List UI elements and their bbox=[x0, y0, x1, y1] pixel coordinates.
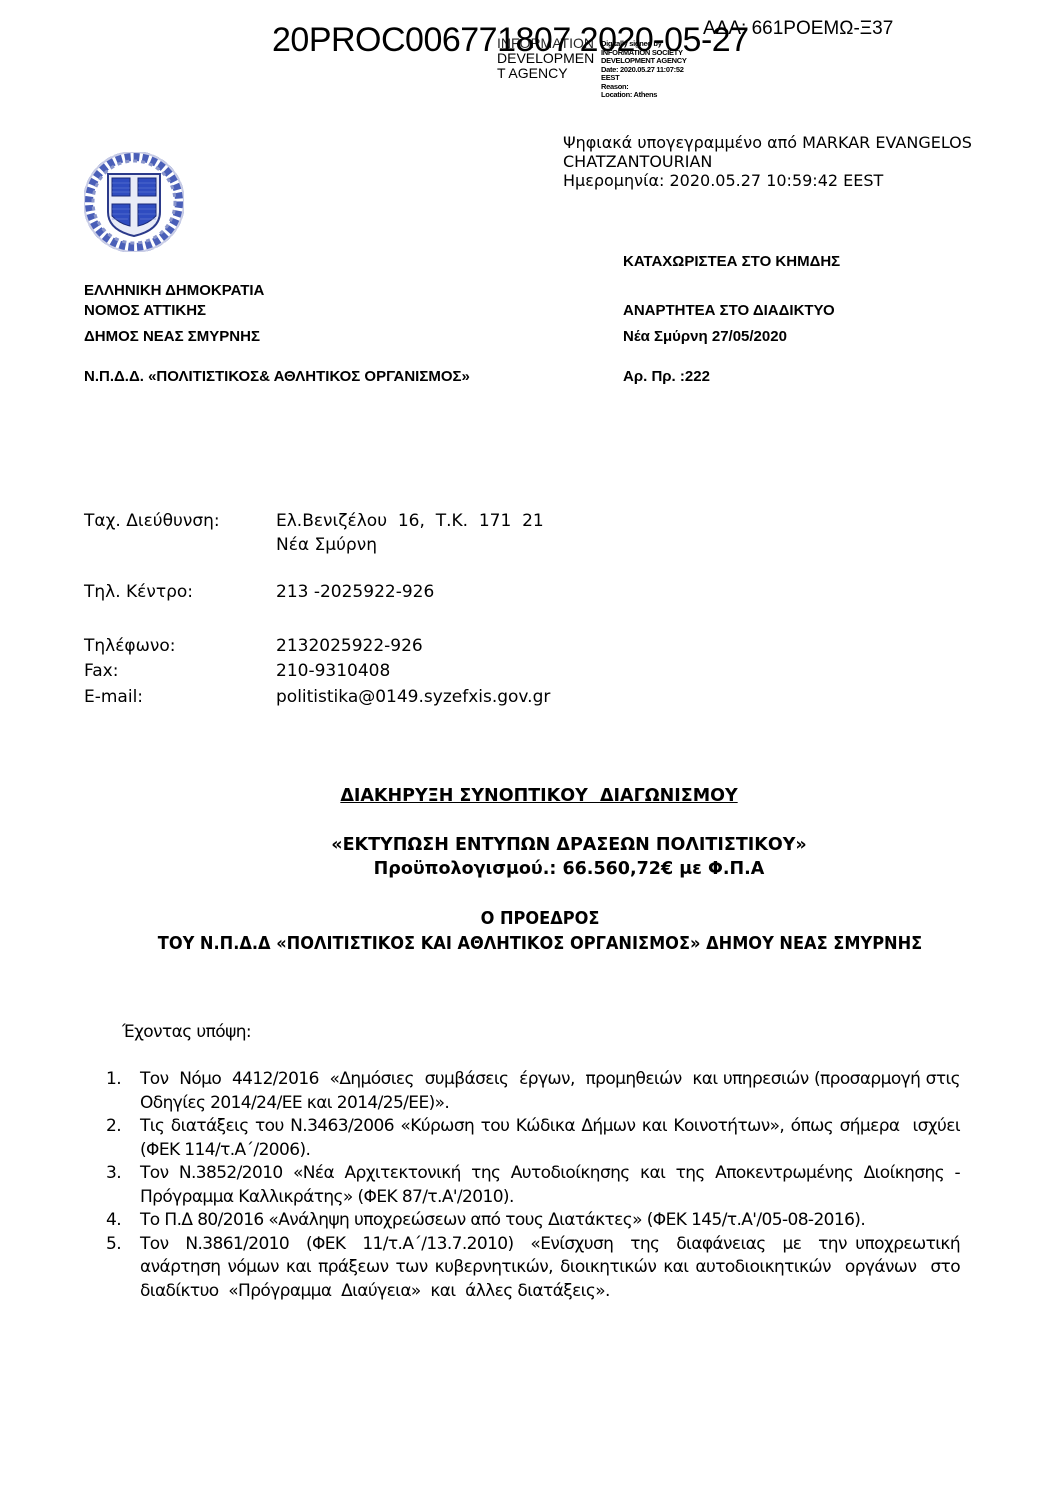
item-text: Τον Νόμο 4412/2016 «Δημόσιες συμβάσεις έ… bbox=[140, 1068, 960, 1115]
signature-line: Ψηφιακά υπογεγραμμένο από MARKAR EVANGEL… bbox=[563, 133, 972, 152]
list-item: 5. Τον Ν.3861/2010 (ΦΕΚ 11/τ.Α΄/13.7.201… bbox=[106, 1233, 960, 1304]
list-item: 2. Τις διατάξεις του Ν.3463/2006 «Κύρωση… bbox=[106, 1115, 960, 1162]
item-text: Τον Ν.3861/2010 (ΦΕΚ 11/τ.Α΄/13.7.2010) … bbox=[140, 1233, 960, 1304]
signature-line: CHATZANTOURIAN bbox=[563, 152, 972, 171]
phone-value: 2132025922-926 bbox=[276, 636, 423, 656]
phone-label: Τηλέφωνο: bbox=[84, 636, 175, 656]
email-link[interactable]: politistika@0149.syzefxis.gov.gr bbox=[276, 687, 550, 707]
address-label: Ταχ. Διεύθυνση: bbox=[84, 511, 220, 531]
list-item: 1. Τον Νόμο 4412/2016 «Δημόσιες συμβάσει… bbox=[106, 1068, 960, 1115]
signer-line: T AGENCY bbox=[497, 66, 594, 81]
place-date: Νέα Σμύρνη 27/05/2020 bbox=[623, 328, 787, 345]
fax-value: 210-9310408 bbox=[276, 661, 390, 681]
item-text: Τον Ν.3852/2010 «Νέα Αρχιτεκτονική της Α… bbox=[140, 1162, 960, 1209]
signer-line: DEVELOPMEN bbox=[497, 51, 594, 66]
item-number: 4. bbox=[106, 1209, 121, 1233]
signer-stamp: INFORMATION DEVELOPMEN T AGENCY bbox=[497, 36, 594, 81]
publish-note: ΑΝΑΡΤΗΤΕΑ ΣΤΟ ΔΙΑΔΙΚΤΥΟ bbox=[623, 302, 835, 319]
signer-details: Digitally signed by INFORMATION SOCIETY … bbox=[601, 40, 687, 100]
announcement-title: ΔΙΑΚΗΡΥΞΗ ΣΥΝΟΠΤΙΚΟΥ ΔΙΑΓΩΝΙΣΜΟΥ bbox=[0, 786, 1058, 806]
issuer-republic: ΕΛΛΗΝΙΚΗ ΔΗΜΟΚΡΑΤΙΑ bbox=[84, 282, 264, 299]
issuer-organization: Ν.Π.Δ.Δ. «ΠΟΛΙΤΙΣΤΙΚΟΣ& ΑΘΛΗΤΙΚΟΣ ΟΡΓΑΝΙ… bbox=[84, 368, 470, 385]
item-text: Τις διατάξεις του Ν.3463/2006 «Κύρωση το… bbox=[140, 1115, 960, 1162]
item-number: 5. bbox=[106, 1233, 121, 1257]
president-title: Ο ΠΡΟΕΔΡΟΣ bbox=[100, 906, 980, 931]
issuer-prefecture: ΝΟΜΟΣ ΑΤΤΙΚΗΣ bbox=[84, 302, 206, 319]
digital-signature: Ψηφιακά υπογεγραμμένο από MARKAR EVANGEL… bbox=[563, 133, 972, 190]
address-city: Νέα Σμύρνη bbox=[276, 535, 377, 555]
signer-line: INFORMATION bbox=[497, 36, 594, 51]
greek-coat-of-arms-icon bbox=[84, 152, 184, 252]
announcement-budget: Προϋπολογισμού.: 66.560,72€ με Φ.Π.Α bbox=[0, 859, 1058, 879]
item-number: 1. bbox=[106, 1068, 121, 1092]
issuer-municipality: ΔΗΜΟΣ ΝΕΑΣ ΣΜΥΡΝΗΣ bbox=[84, 328, 260, 345]
signature-line: Ημερομηνία: 2020.05.27 10:59:42 EEST bbox=[563, 171, 972, 190]
item-number: 2. bbox=[106, 1115, 121, 1139]
item-number: 3. bbox=[106, 1162, 121, 1186]
switchboard-label: Τηλ. Κέντρο: bbox=[84, 582, 193, 602]
ada-code: ΑΔΑ: 661ΡΟΕΜΩ-Ξ37 bbox=[703, 18, 893, 40]
item-text: Το Π.Δ 80/2016 «Ανάληψη υποχρεώσεων από … bbox=[140, 1209, 960, 1233]
switchboard-value: 213 -2025922-926 bbox=[276, 582, 434, 602]
considering-list: 1. Τον Νόμο 4412/2016 «Δημόσιες συμβάσει… bbox=[106, 1068, 960, 1303]
announcement-subject: «ΕΚΤΥΠΩΣΗ ΕΝΤΥΠΩΝ ΔΡΑΣΕΩΝ ΠΟΛΙΤΙΣΤΙΚΟΥ» bbox=[0, 835, 1058, 855]
protocol-ref: Αρ. Πρ. :222 bbox=[623, 368, 710, 385]
president-organization: ΤΟΥ Ν.Π.Δ.Δ «ΠΟΛΙΤΙΣΤΙΚΟΣ ΚΑΙ ΑΘΛΗΤΙΚΟΣ … bbox=[100, 931, 980, 956]
email-label: E-mail: bbox=[84, 687, 143, 707]
fax-label: Fax: bbox=[84, 661, 118, 681]
list-item: 4. Το Π.Δ 80/2016 «Ανάληψη υποχρεώσεων α… bbox=[106, 1209, 960, 1233]
signer-detail: Location: Athens bbox=[601, 91, 687, 100]
address-value: Ελ.Βενιζέλου 16, Τ.Κ. 171 21 bbox=[276, 511, 544, 531]
list-item: 3. Τον Ν.3852/2010 «Νέα Αρχιτεκτονική τη… bbox=[106, 1162, 960, 1209]
considering-intro: Έχοντας υπόψη: bbox=[122, 1022, 251, 1042]
registry-note: ΚΑΤΑΧΩΡΙΣΤΕΑ ΣΤΟ ΚΗΜΔΗΣ bbox=[623, 253, 840, 270]
